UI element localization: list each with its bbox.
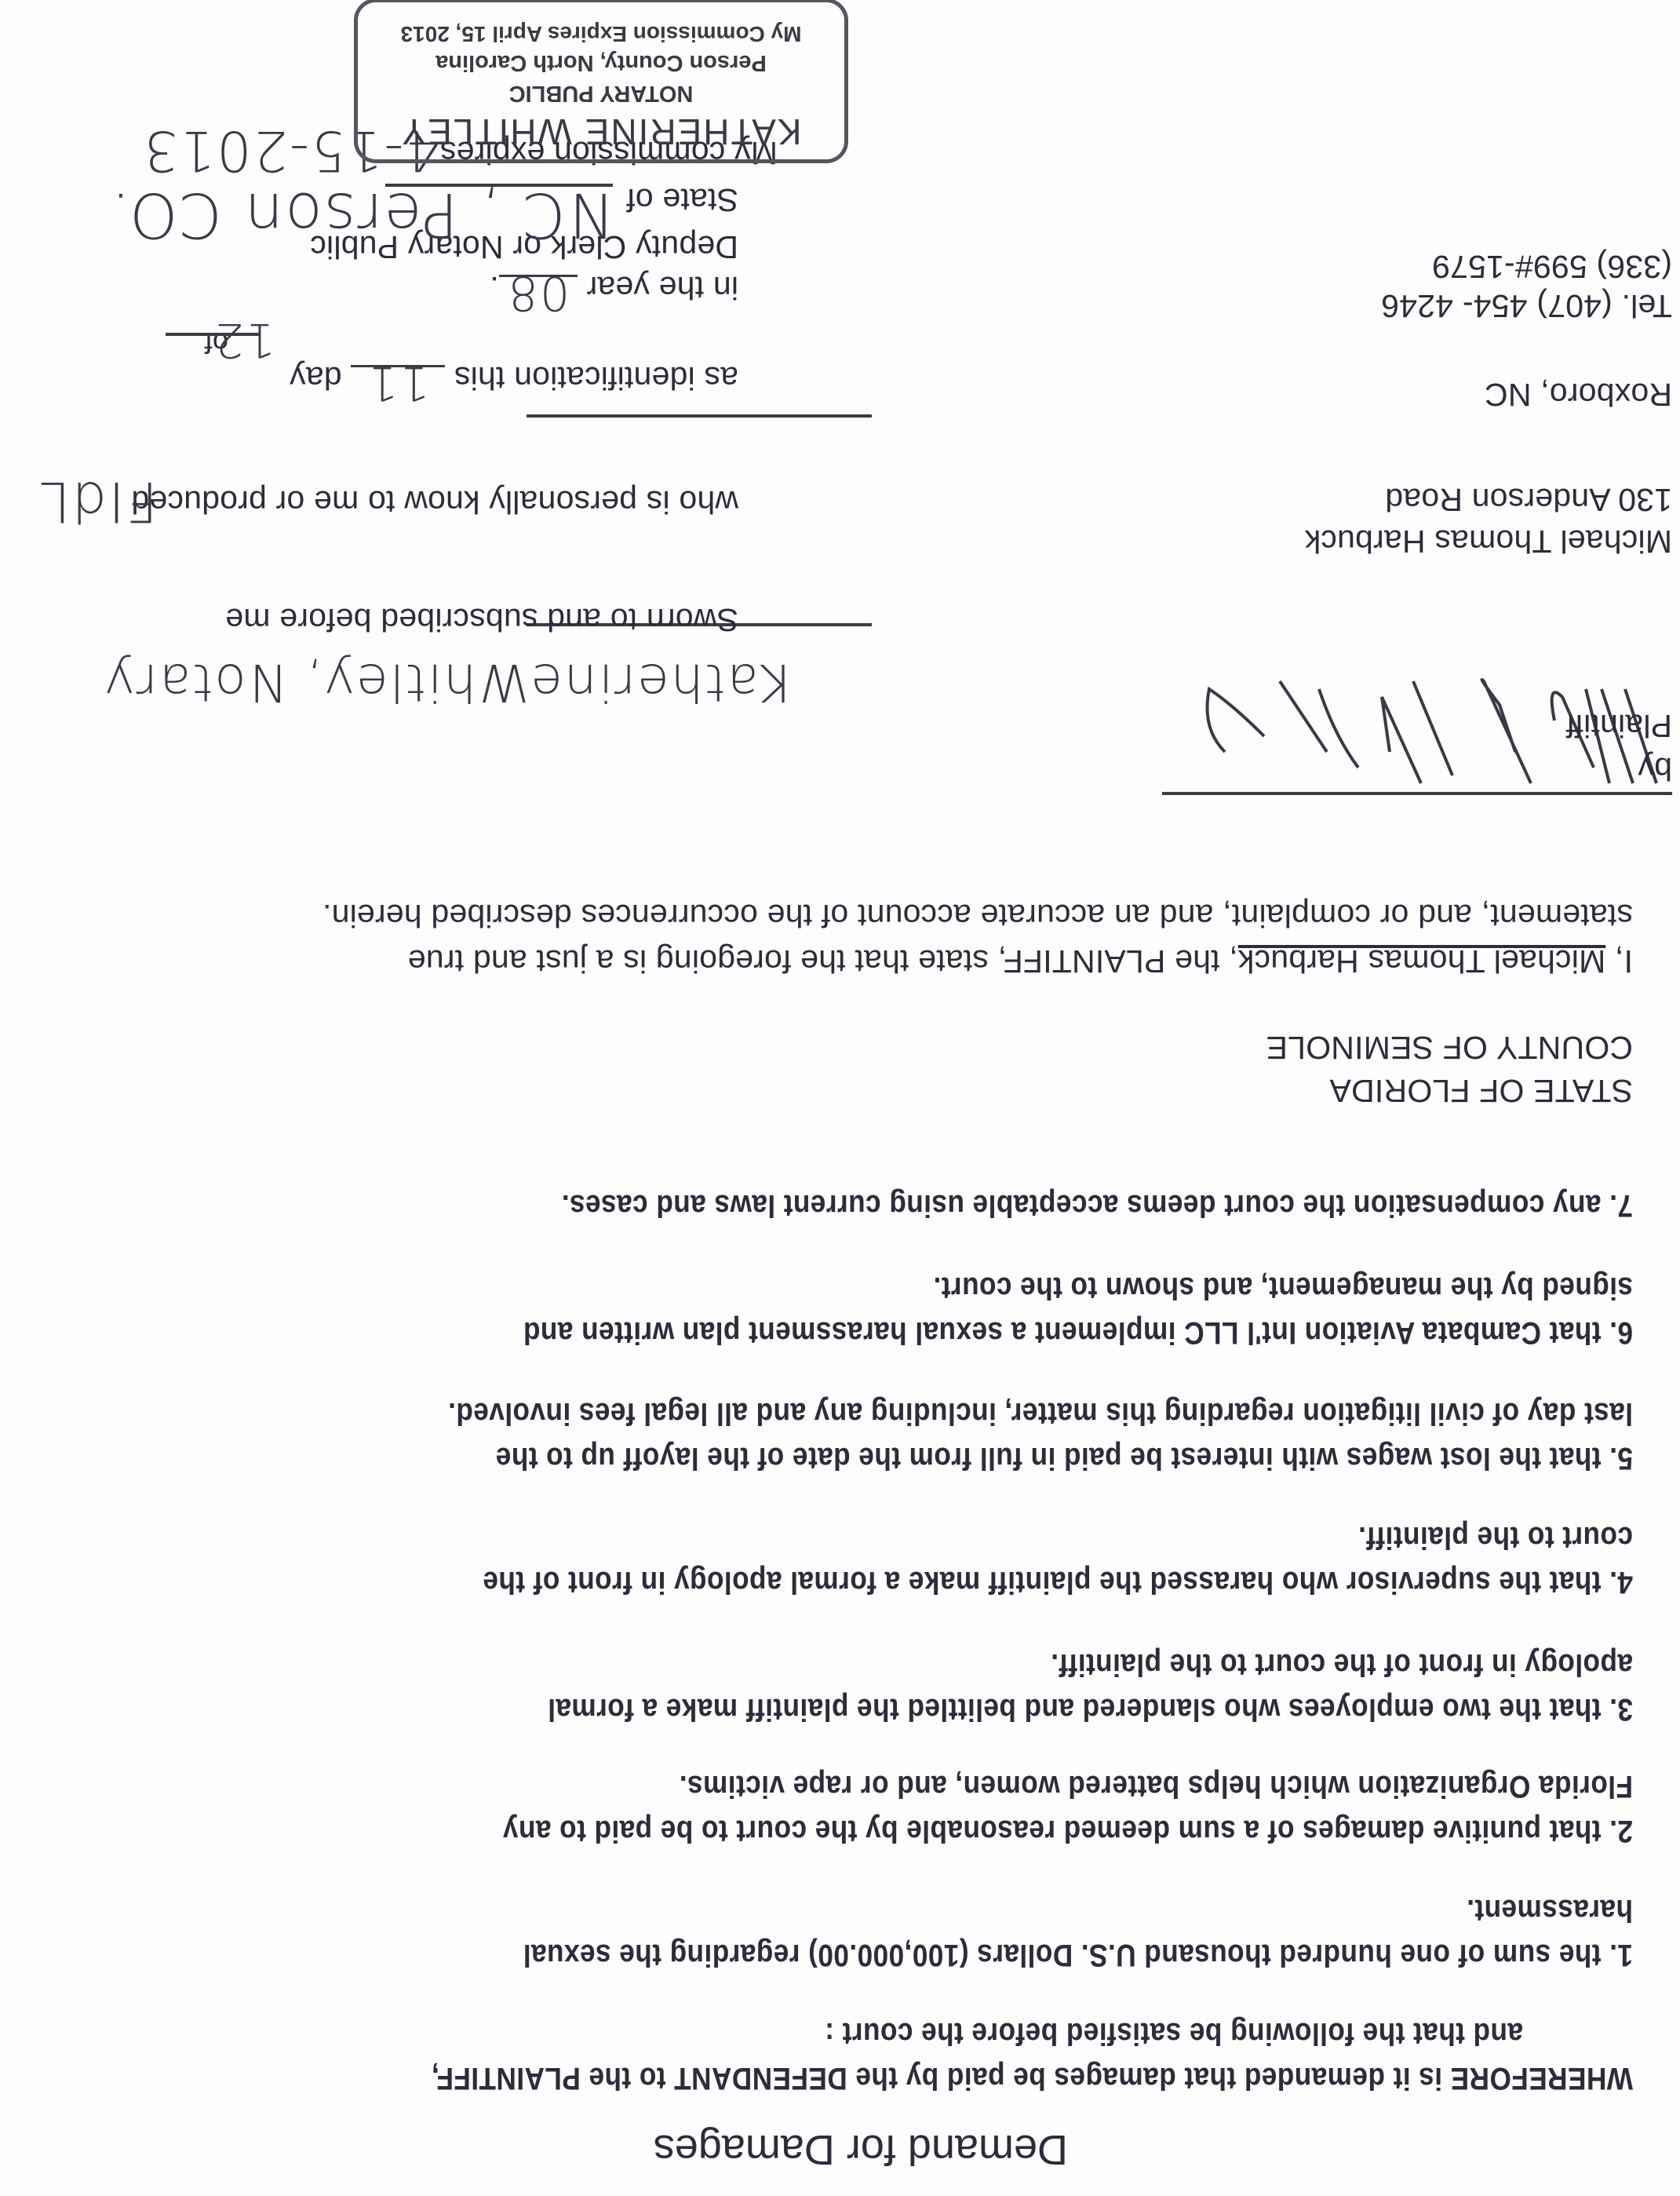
item-3-line-2: apology in front of the court to the pla…: [1051, 1647, 1633, 1682]
plaintiff-signature-line: [1162, 792, 1672, 795]
stamp-title: NOTARY PUBLIC: [358, 80, 844, 106]
plaintiff-address: 130 Anderson Road: [1385, 481, 1672, 518]
month-line: [166, 333, 260, 336]
notary-stamp: KATHERINE WHITLEY NOTARY PUBLIC Person C…: [354, 0, 848, 163]
plaintiff-name: Michael Thomas Harbuck: [1305, 523, 1673, 560]
item-4-line-1: 4. that the supervisor who harassed the …: [483, 1564, 1633, 1600]
notary-signature: KatherineWhitley, Notary: [103, 652, 793, 713]
plaintiff-tel-2: (336) 599#-1579: [1432, 248, 1672, 285]
stamp-county: Person County, North Carolina: [358, 49, 844, 75]
stamp-expires: My Commission Expires April 15, 2013: [358, 21, 844, 46]
statement-name: Michael Thomas Harbuck: [1238, 943, 1606, 979]
statement-line-2: statement, and or complaint, and an accu…: [323, 897, 1633, 934]
item-3-line-1: 3. that the two employees who slandered …: [548, 1691, 1633, 1727]
identification-line: as identification this 11 day: [290, 359, 738, 399]
state-value: NC , Person CO.: [109, 179, 613, 250]
stamp-name: KATHERINE WHITLEY: [358, 111, 844, 153]
identification-text: as identification this: [454, 360, 738, 396]
year-value: 08: [499, 275, 578, 308]
item-6-line-1: 6. that Cambata Aviation Int'l LLC imple…: [523, 1315, 1633, 1350]
statement-rest: , the PLAINTIFF, state that the foregoin…: [408, 943, 1238, 979]
day-label: day: [290, 360, 342, 396]
statement-line-1: I, Michael Thomas Harbuck, the PLAINTIFF…: [408, 943, 1633, 979]
document-title: Demand for Damages: [654, 2125, 1068, 2174]
by-label: by: [1638, 750, 1672, 787]
sworn-text: Sworn to and subscribed before me: [225, 601, 738, 638]
plaintiff-tel: Tel. (407) 454- 4246: [1381, 287, 1672, 324]
day-value: 11: [351, 365, 445, 399]
month-value: 12: [213, 312, 275, 367]
state-heading: STATE OF FLORIDA: [1329, 1072, 1633, 1109]
document-page: Demand for Damages WHEREFORE is it deman…: [0, 0, 1680, 2196]
item-6-line-2: signed by the management, and shown to t…: [933, 1270, 1633, 1305]
state-of-label: State of: [626, 181, 738, 218]
statement-prefix: I,: [1615, 943, 1633, 979]
address-line: [527, 414, 872, 418]
id-handwritten: FIdL: [38, 469, 158, 534]
intro-line-1: WHEREFORE is it demanded that damages be…: [432, 2060, 1633, 2096]
year-label: in the year: [586, 270, 738, 306]
item-1-line-1: 1. the sum of one hundred thousand U.S. …: [523, 1937, 1633, 1972]
item-2-line-1: 2. that punitive damages of a sum deemed…: [503, 1813, 1633, 1848]
year-line: in the year 08.: [490, 269, 738, 308]
known-text: who is personally know to me or produced: [131, 483, 738, 520]
intro-line-2: and that the following be satisfied befo…: [825, 2015, 1523, 2051]
county-heading: COUNTY OF SEMINOLE: [1266, 1029, 1633, 1066]
item-5-line-2: last day of civil litigation regarding t…: [448, 1395, 1633, 1431]
item-1-line-2: harassment.: [1467, 1892, 1633, 1928]
item-7-line-1: 7. any compensation the court deems acce…: [561, 1187, 1633, 1223]
item-5-line-1: 5. that the lost wages with interest be …: [495, 1440, 1633, 1476]
item-2-line-2: Florida Organization which helps battere…: [679, 1768, 1633, 1804]
item-4-line-2: court to the plaintiff.: [1358, 1519, 1633, 1555]
state-line: [385, 184, 613, 187]
plaintiff-city: Roxboro, NC: [1485, 376, 1672, 413]
plaintiff-label: Plaintiff: [1565, 707, 1672, 744]
